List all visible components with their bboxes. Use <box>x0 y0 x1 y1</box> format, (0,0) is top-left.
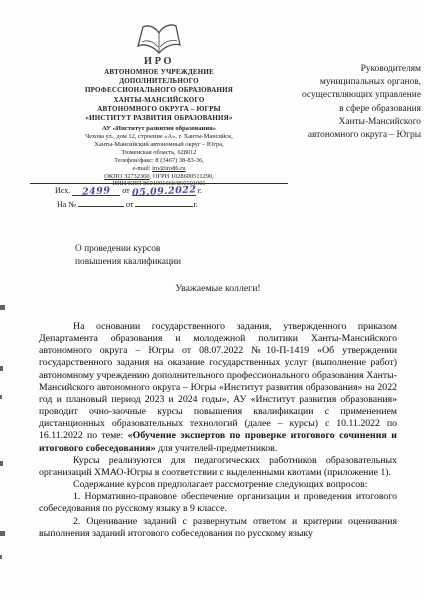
addressee-line: муниципальных органов, <box>246 76 421 89</box>
paragraph-2: Курсы реализуются для педагогических раб… <box>39 455 397 479</box>
scanned-letter-page: ИРО АВТОНОМНОЕ УЧРЕЖДЕНИЕ ДОПОЛНИТЕЛЬНОГ… <box>0 0 424 599</box>
year-suffix: г. <box>193 200 197 209</box>
subject-line: О проведении курсов <box>75 243 181 256</box>
outgoing-number-line: 2499 <box>72 185 120 196</box>
incoming-ref-row: На № от г. <box>57 196 285 210</box>
email-link[interactable]: iro@iro86.ru <box>152 165 185 172</box>
year-suffix: г. <box>198 186 202 195</box>
addressee-line: в сфере образования <box>246 103 421 116</box>
addressee-line: Ханты-Мансийского <box>246 116 421 129</box>
list-item-2: 2. Оценивание заданий с развернутым отве… <box>39 516 397 540</box>
letter-body: На основании государственного задания, у… <box>39 321 397 540</box>
logo-text: ИРО <box>144 56 174 67</box>
addressee-line: Руководителям <box>246 63 421 76</box>
subject-block: О проведении курсов повышения квалификац… <box>75 243 181 268</box>
address-line: Тюменская область, 628012 <box>26 149 292 157</box>
email-line: e-mail: iro@iro86.ru <box>26 165 292 173</box>
salutation: Уважаемые коллеги! <box>39 283 397 294</box>
from-label: от <box>122 186 129 195</box>
outgoing-ref-row: Исх. 2499 от 05.09.2022 г. <box>55 185 285 196</box>
scan-artifact <box>0 305 5 310</box>
list-item-1: 1. Нормативно-правовое обеспечение орган… <box>39 491 397 515</box>
from-label: от <box>126 200 133 209</box>
incoming-number-line <box>78 196 124 207</box>
paragraph-1-text: На основании государственного задания, у… <box>39 321 397 441</box>
reg-line-okpo-ogrn: ОКПО 32732360, ОГРН 1028600511290, <box>26 173 292 181</box>
open-book-logo-icon: ИРО <box>130 20 188 68</box>
scan-artifact <box>0 461 3 466</box>
handwritten-outgoing-number: 2499 <box>82 185 111 197</box>
iro-logo: ИРО <box>26 20 292 68</box>
paragraph-1: На основании государственного задания, у… <box>39 321 397 455</box>
address-line: Телефон/факс: 8 (3467) 38-83-36, <box>26 157 292 165</box>
reference-block: Исх. 2499 от 05.09.2022 г. На № от г. <box>55 185 285 210</box>
email-label: e-mail: <box>132 165 152 172</box>
paragraph-1-tail: для учителей-предметников. <box>156 443 278 454</box>
outgoing-date-line: 05.09.2022 <box>132 185 196 196</box>
paragraph-3: Содержание курсов предполагает рассмотре… <box>39 479 397 491</box>
addressee-line: осуществляющих управление <box>246 89 421 102</box>
addressee-line: автономного округа – Югры <box>246 129 421 142</box>
scan-artifact <box>0 366 3 371</box>
ogrn-value: , ОГРН 1028600511290, <box>150 173 214 180</box>
incoming-label: На № <box>57 200 76 209</box>
letterhead-divider <box>30 183 288 184</box>
addressee-block: Руководителям муниципальных органов, осу… <box>246 63 421 142</box>
outgoing-label: Исх. <box>55 186 70 195</box>
address-line: Ханты-Мансийский автономный округ – Югра… <box>26 141 292 149</box>
scan-artifact <box>229 408 231 410</box>
okpo-value: ОКПО 32732360 <box>104 173 149 180</box>
scan-artifact <box>0 555 2 559</box>
subject-line: повышения квалификации <box>75 256 181 269</box>
scan-artifact <box>0 395 2 399</box>
scan-artifact <box>0 531 5 536</box>
